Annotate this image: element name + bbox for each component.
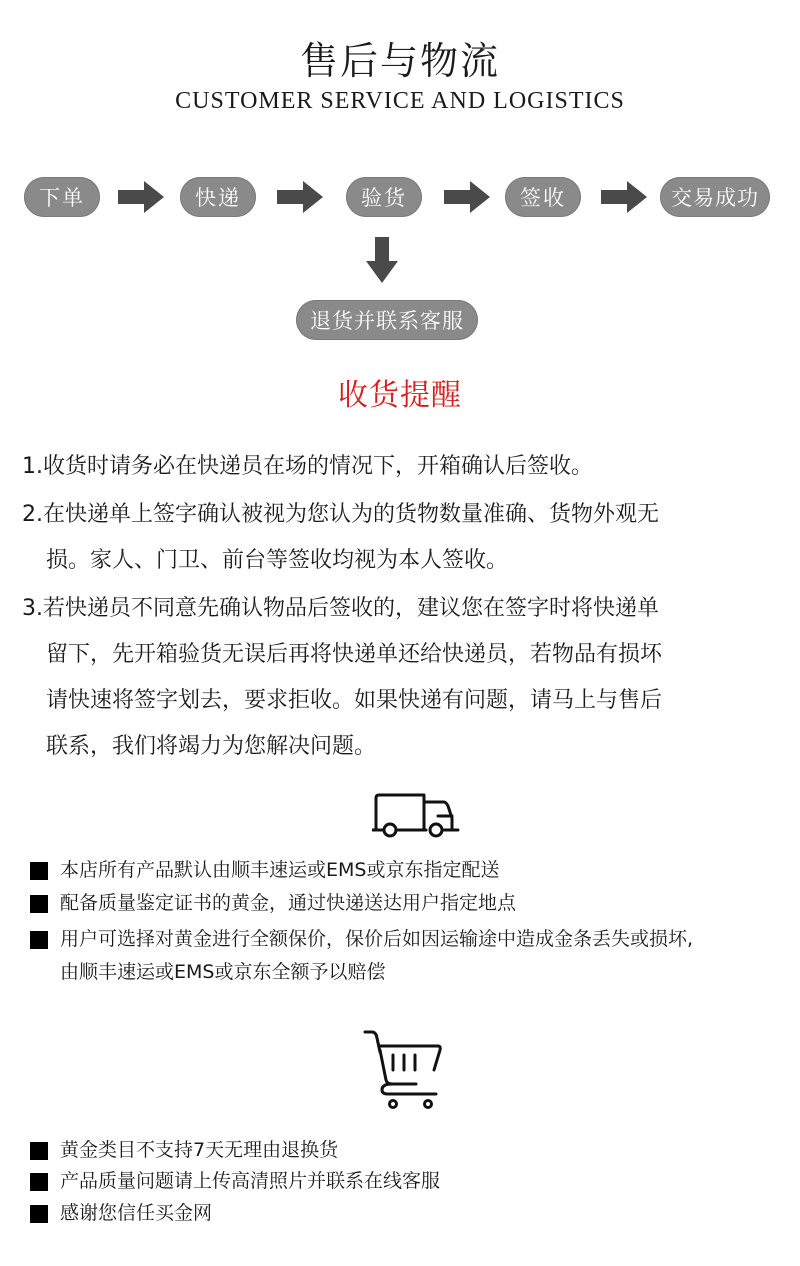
rule-3: 3.若快递员不同意先确认物品后签收的，建议您在签字时将快递单 留下，先开箱验货无… [22,586,792,770]
rule-line: 联系，我们将竭力为您解决问题。 [22,724,792,770]
bullet-square-icon [30,931,48,949]
step-return-contact-service: 退货并联系客服 [296,300,478,340]
rule-2: 2.在快递单上签字确认被视为您认为的货物数量准确、货物外观无 损。家人、门卫、前… [22,492,792,584]
shipping-item: 本店所有产品默认由顺丰速运或EMS或京东指定配送 [30,855,499,885]
shipping-item-continuation: 由顺丰速运或EMS或京东全额予以赔偿 [60,957,385,987]
step-express: 快递 [180,177,256,217]
page-subtitle-english: CUSTOMER SERVICE AND LOGISTICS [0,88,800,115]
arrow-right-icon [118,181,166,213]
rule-line: 2.在快递单上签字确认被视为您认为的货物数量准确、货物外观无 [22,492,792,538]
rule-line: 1.收货时请务必在快递员在场的情况下，开箱确认后签收。 [22,454,593,479]
reminder-title: 收货提醒 [0,370,800,414]
bullet-square-icon [30,895,48,913]
shopping-cart-icon [362,1028,446,1110]
step-inspect: 验货 [346,177,422,217]
step-order: 下单 [24,177,100,217]
bullet-square-icon [30,1205,48,1223]
returns-item: 感谢您信任买金网 [30,1198,212,1228]
bullet-square-icon [30,862,48,880]
returns-item: 产品质量问题请上传高清照片并联系在线客服 [30,1166,440,1196]
shipping-item: 配备质量鉴定证书的黄金，通过快递送达用户指定地点 [30,888,516,918]
rule-line: 请快速将签字划去，要求拒收。如果快递有问题，请马上与售后 [22,678,792,724]
rule-line: 损。家人、门卫、前台等签收均视为本人签收。 [22,538,792,584]
shipping-item: 用户可选择对黄金进行全额保价，保价后如因运输途中造成金条丢失或损坏, [30,924,693,954]
rule-line: 3.若快递员不同意先确认物品后签收的，建议您在签字时将快递单 [22,586,792,632]
step-sign: 签收 [505,177,581,217]
rule-line: 留下，先开箱验货无误后再将快递单还给快递员，若物品有损坏 [22,632,792,678]
rule-1: 1.收货时请务必在快递员在场的情况下，开箱确认后签收。 [22,444,792,490]
arrow-right-icon [444,181,492,213]
arrow-right-icon [277,181,325,213]
truck-icon [372,792,464,840]
bullet-square-icon [30,1173,48,1191]
returns-item: 黄金类目不支持7天无理由退换货 [30,1135,338,1165]
arrow-down-icon [366,237,398,285]
bullet-square-icon [30,1142,48,1160]
arrow-right-icon [601,181,649,213]
step-complete: 交易成功 [660,177,770,217]
page-title: 售后与物流 [0,30,800,85]
